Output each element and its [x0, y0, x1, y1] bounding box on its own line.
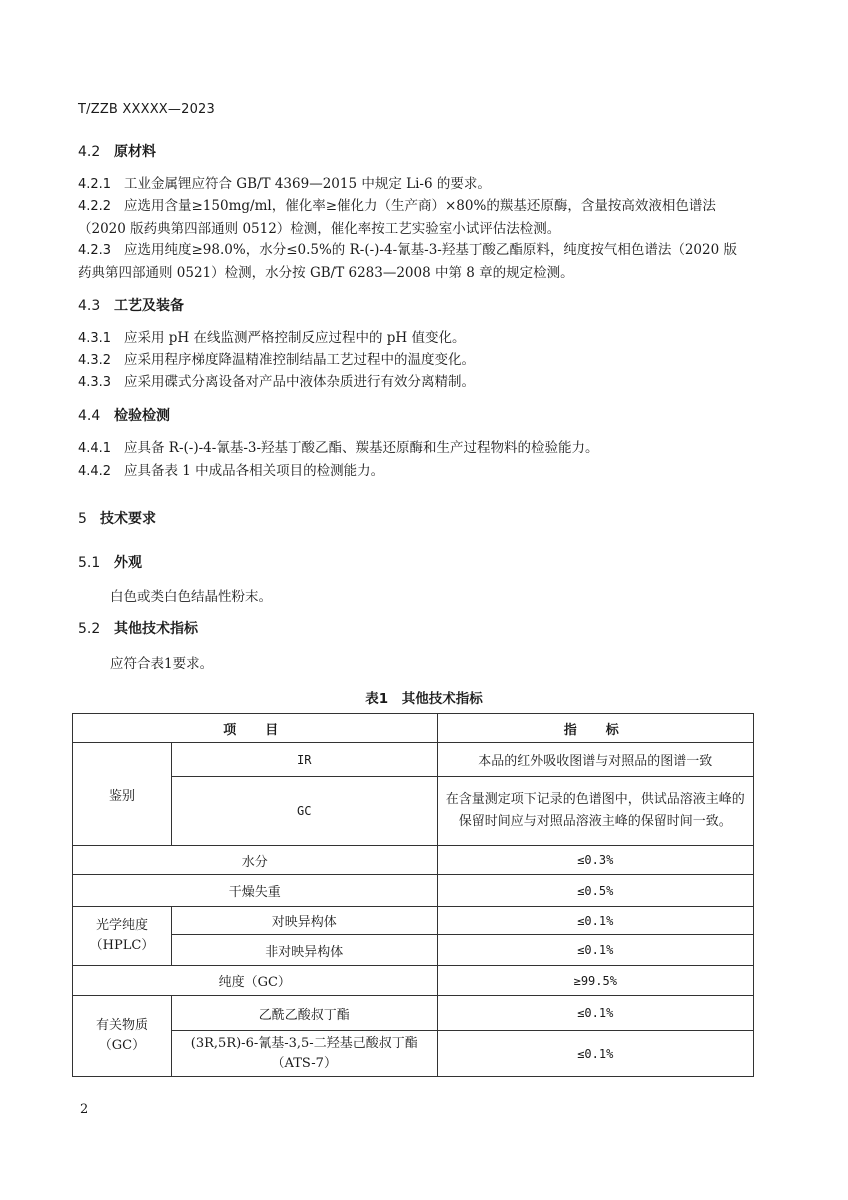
table-row: GC 在含量测定项下记录的色谱图中，供试品溶液主峰的保留时间应与对照品溶液主峰的…: [73, 777, 754, 846]
clause-4-3-2: 4.3.2应采用程序梯度降温精准控制结晶工艺过程中的温度变化。: [78, 349, 475, 372]
table-row: 纯度（GC） ≥99.5%: [73, 966, 754, 996]
section-heading-4-4: 4.4检验检测: [78, 405, 170, 425]
table-row: 干燥失重 ≤0.5%: [73, 875, 754, 907]
row-enantiomer-item: 对映异构体: [171, 907, 437, 935]
section-heading-5-2: 5.2其他技术指标: [78, 618, 198, 638]
table-row: 非对映异构体 ≤0.1%: [73, 935, 754, 966]
row-lod-spec: ≤0.5%: [437, 875, 753, 907]
row-ir-item: IR: [171, 743, 437, 777]
page-number: 2: [80, 1102, 88, 1117]
header-item: 项 目: [73, 714, 438, 743]
row-ats7-spec: ≤0.1%: [437, 1031, 753, 1077]
requirement-text: 应符合表1要求。: [110, 652, 213, 672]
clause-4-2-3: 4.2.3应选用纯度≥98.0%，水分≤0.5%的 R-(-)-4-氰基-3-羟…: [78, 239, 750, 284]
table-row: (3R,5R)-6-氰基-3,5-二羟基己酸叔丁酯（ATS-7） ≤0.1%: [73, 1031, 754, 1077]
section-heading-4-3: 4.3工艺及装备: [78, 295, 184, 315]
chapter-heading-5: 5技术要求: [78, 508, 156, 528]
clause-4-4-2: 4.4.2应具备表 1 中成品各相关项目的检测能力。: [78, 460, 384, 483]
clause-4-2-2: 4.2.2应选用含量≥150mg/ml，催化率≥催化力（生产商）×80%的羰基还…: [78, 195, 750, 240]
table-caption: 表1 其他技术指标: [0, 687, 848, 707]
row-ats7-item: (3R,5R)-6-氰基-3,5-二羟基己酸叔丁酯（ATS-7）: [171, 1031, 437, 1077]
row-tba-item: 乙酰乙酸叔丁酯: [171, 996, 437, 1031]
row-diastereomer-item: 非对映异构体: [171, 935, 437, 966]
table-row: 光学纯度（HPLC） 对映异构体 ≤0.1%: [73, 907, 754, 935]
table-row: 水分 ≤0.3%: [73, 846, 754, 875]
row-gc-spec: 在含量测定项下记录的色谱图中，供试品溶液主峰的保留时间应与对照品溶液主峰的保留时…: [437, 777, 753, 846]
row-water-spec: ≤0.3%: [437, 846, 753, 875]
row-water-item: 水分: [73, 846, 438, 875]
section-heading-4-2: 4.2原材料: [78, 141, 156, 161]
table-row: 鉴别 IR 本品的红外吸收图谱与对照品的图谱一致: [73, 743, 754, 777]
row-purity-item: 纯度（GC）: [73, 966, 438, 996]
row-ir-spec: 本品的红外吸收图谱与对照品的图谱一致: [437, 743, 753, 777]
group-optical-purity: 光学纯度（HPLC）: [73, 907, 172, 966]
group-identification: 鉴别: [73, 743, 172, 846]
appearance-text: 白色或类白色结晶性粉末。: [110, 585, 272, 605]
clause-4-3-1: 4.3.1应采用 pH 在线监测严格控制反应过程中的 pH 值变化。: [78, 327, 466, 350]
spec-table: 项 目 指 标 鉴别 IR 本品的红外吸收图谱与对照品的图谱一致 GC 在含量测…: [72, 713, 754, 1077]
row-tba-spec: ≤0.1%: [437, 996, 753, 1031]
clause-4-2-1: 4.2.1工业金属锂应符合 GB/T 4369—2015 中规定 Li-6 的要…: [78, 173, 491, 196]
row-gc-item: GC: [171, 777, 437, 846]
header-spec: 指 标: [437, 714, 753, 743]
row-purity-spec: ≥99.5%: [437, 966, 753, 996]
clause-4-3-3: 4.3.3应采用碟式分离设备对产品中液体杂质进行有效分离精制。: [78, 371, 475, 394]
table-header-row: 项 目 指 标: [73, 714, 754, 743]
row-diastereomer-spec: ≤0.1%: [437, 935, 753, 966]
row-enantiomer-spec: ≤0.1%: [437, 907, 753, 935]
standard-number: T/ZZB XXXXX—2023: [78, 102, 215, 117]
clause-4-4-1: 4.4.1应具备 R-(-)-4-氰基-3-羟基丁酸乙酯、羰基还原酶和生产过程物…: [78, 437, 599, 460]
group-related-substances: 有关物质（GC）: [73, 996, 172, 1077]
table-row: 有关物质（GC） 乙酰乙酸叔丁酯 ≤0.1%: [73, 996, 754, 1031]
section-heading-5-1: 5.1外观: [78, 552, 142, 572]
row-lod-item: 干燥失重: [73, 875, 438, 907]
